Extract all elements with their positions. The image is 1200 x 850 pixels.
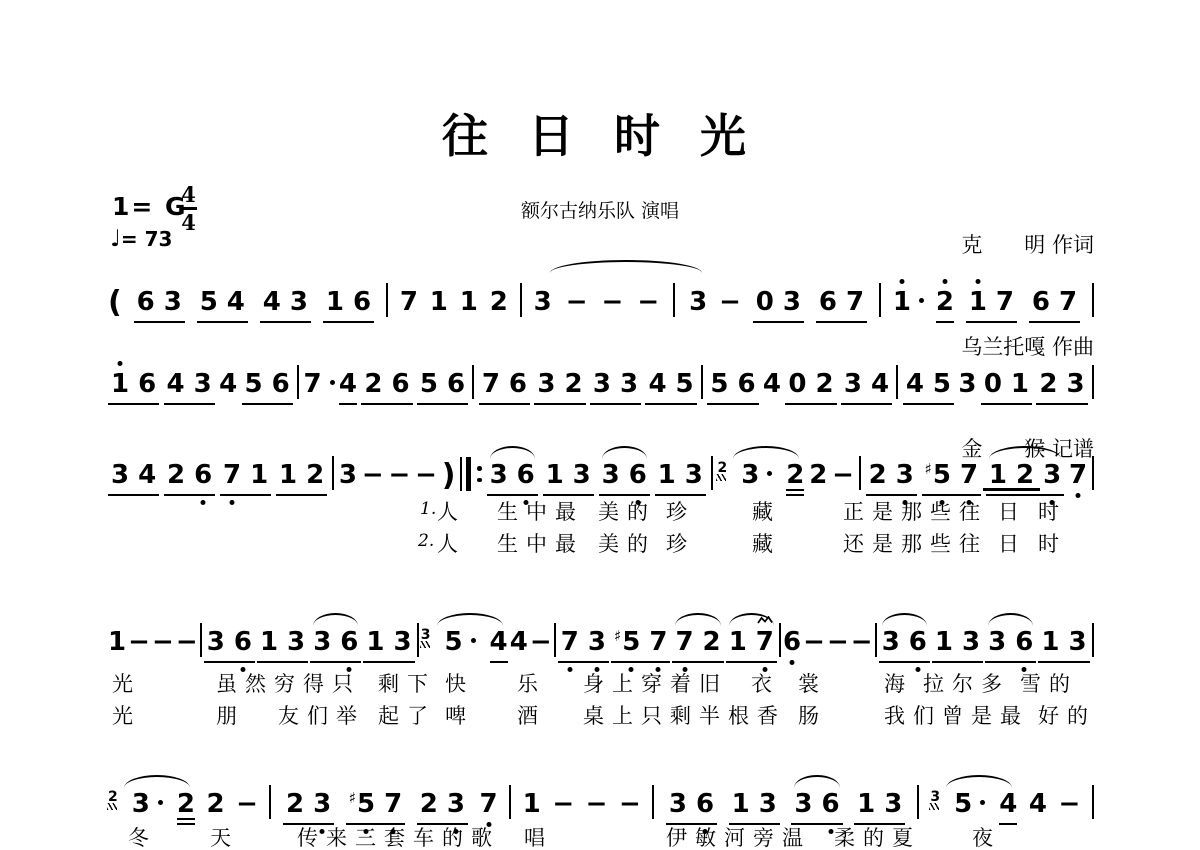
note: 6: [629, 462, 647, 488]
note: 3: [537, 371, 555, 397]
note: 6: [391, 371, 409, 397]
note: 2: [809, 462, 827, 488]
note: 4: [510, 629, 528, 655]
note: 3: [759, 791, 777, 817]
note-digit: 5: [420, 371, 438, 397]
note-digit: 2: [490, 289, 508, 315]
tempo-marking: ♩= 73: [110, 226, 172, 252]
lyric-segment: 还是那些往: [843, 528, 988, 558]
slur-icon: [882, 613, 927, 626]
note: 3: [602, 462, 620, 488]
note: 3: [882, 629, 900, 655]
note: 1: [857, 791, 875, 817]
beam-group: ♯57: [611, 629, 670, 663]
note: 3: [287, 629, 305, 655]
lyric-segment: 生中最: [497, 496, 584, 526]
note-digit: 4: [906, 371, 924, 397]
note: 1: [260, 629, 278, 655]
sharp-icon: ♯: [614, 629, 621, 644]
note-digit: 1: [279, 462, 297, 488]
note-digit: 3: [896, 462, 914, 488]
slur-icon: [124, 775, 190, 788]
note-digit: 7: [649, 629, 667, 655]
beam-group: 36: [204, 629, 255, 663]
note: 4: [339, 371, 357, 405]
octave-dot-high: [118, 361, 123, 366]
barline: [554, 623, 556, 657]
note-digit: 1: [935, 629, 953, 655]
duration-dash: −: [566, 289, 588, 315]
lyric-segment: 剩下: [378, 668, 436, 698]
duration-dash: −: [128, 629, 150, 655]
note: 3: [194, 371, 212, 397]
duration-dash: −: [530, 629, 552, 655]
note: 2: [869, 462, 887, 488]
note: 3: [290, 289, 308, 315]
note-digit: 4: [219, 371, 237, 397]
lyric-segment: 我们曾是最: [884, 700, 1029, 730]
beam-group: 36: [879, 629, 930, 663]
augmentation-dot: [767, 471, 772, 476]
note: 7: [223, 462, 241, 488]
barline: [917, 785, 919, 819]
duration-dash: −: [851, 629, 873, 655]
note: 1: [111, 371, 129, 397]
note-digit: 4: [263, 289, 281, 315]
octave-dot-high: [975, 279, 980, 284]
augmentation-dot: [330, 380, 335, 385]
beam-group: 71: [220, 462, 271, 496]
note-digit: 7: [223, 462, 241, 488]
note: 4: [763, 371, 781, 397]
lyric-segment: 美的: [598, 496, 656, 526]
note-digit: 7: [1069, 462, 1087, 488]
note: 4: [167, 371, 185, 397]
note: 2: [1016, 462, 1034, 488]
note: 2: [786, 462, 804, 496]
barline: [520, 283, 522, 317]
notation-line: 342671123−−−)361336132322−23♯571237: [108, 448, 1094, 496]
beam-group: 01: [981, 371, 1032, 405]
note: 5: [933, 371, 951, 397]
lyric-segment: 啤: [445, 700, 474, 730]
note: 7: [649, 629, 667, 655]
duration-dash: −: [602, 289, 624, 315]
note-digit: 4: [763, 371, 781, 397]
barline: [332, 456, 334, 490]
note-digit: 3: [620, 371, 638, 397]
beam-group: 23: [417, 791, 468, 825]
note: 3: [896, 462, 914, 488]
beam-group: 36: [310, 629, 361, 663]
note-digit: 1: [658, 462, 676, 488]
lyric-segment: 传来三套车的歌: [297, 822, 500, 850]
beam-group: 43: [260, 289, 311, 323]
slur-icon: [313, 613, 358, 626]
lyric-segment: 乐: [517, 668, 546, 698]
beam-group: 45: [903, 371, 954, 405]
note: 6: [696, 791, 714, 817]
beam-group: 56: [417, 371, 468, 405]
note-digit: 4: [339, 371, 357, 397]
lyric-segment: 桌上只剩半根香: [583, 700, 786, 730]
note-digit: 5: [676, 371, 694, 397]
duration-dash: −: [415, 462, 437, 488]
barline: [297, 365, 299, 399]
barline: [1092, 785, 1094, 819]
note-digit: 3: [339, 462, 357, 488]
barline: [386, 283, 388, 317]
beam-group: 13: [363, 629, 414, 663]
note: 3: [1068, 629, 1086, 655]
duration-dash: −: [637, 289, 659, 315]
note-digit: 3: [783, 289, 801, 315]
duration-dash: −: [176, 629, 198, 655]
duration-dash: −: [552, 791, 574, 817]
note: 6: [137, 289, 155, 315]
slur-group: 3−−−3: [534, 276, 708, 315]
slur-group: 354: [421, 629, 508, 663]
note-digit: 3: [313, 791, 331, 817]
duration-dash: −: [619, 791, 641, 817]
note-digit: 7: [400, 289, 418, 315]
lyric-segment: 人: [437, 528, 466, 558]
note-digit: 3: [534, 289, 552, 315]
note: 2: [306, 462, 324, 488]
parenthesis: ): [442, 461, 456, 491]
barline: [859, 456, 861, 490]
note: 1: [430, 289, 448, 315]
note-digit: 3: [759, 791, 777, 817]
slur-icon: [989, 446, 1061, 459]
note: 0: [788, 371, 806, 397]
note: 5: [420, 371, 438, 397]
note-digit: 6: [340, 629, 358, 655]
note-digit: 3: [844, 371, 862, 397]
note: 4: [490, 629, 508, 663]
note: 3: [669, 791, 687, 817]
note: 7: [482, 371, 500, 397]
notation-line: 2322−23♯572371−−−361336133544−: [108, 778, 1094, 825]
note-digit: 7: [996, 289, 1014, 315]
barline: [673, 283, 675, 317]
beam-group: 36: [791, 791, 842, 825]
note-digit: 2: [420, 791, 438, 817]
lyrics-row: 1.人生中最美的珍藏正是那些往日时: [0, 496, 1200, 524]
slur-icon: [602, 446, 647, 459]
note-digit: 7: [303, 371, 321, 397]
grace-note: 2: [717, 461, 727, 475]
note: 5: [200, 289, 218, 315]
lyric-segment: 时: [1038, 496, 1067, 526]
note-digit: 7: [561, 629, 579, 655]
lyrics-row: 冬天传来三套车的歌唱伊敏河旁温柔的夏夜: [0, 822, 1200, 850]
note: 4: [227, 289, 245, 315]
note-digit: 6: [509, 371, 527, 397]
note: 4: [999, 791, 1017, 825]
notation-line: 1−−−361336133544−73♯5772176−−−36133613: [108, 616, 1094, 663]
beam-group: 67: [1029, 289, 1080, 323]
note-digit: 2: [1039, 371, 1057, 397]
augmentation-dot: [919, 298, 924, 303]
note: 5: [710, 371, 728, 397]
note-digit: 3: [490, 462, 508, 488]
note-digit: 6: [447, 371, 465, 397]
note-digit: 2: [786, 462, 804, 488]
lyric-segment: 夜: [972, 822, 1001, 850]
note: 0: [984, 371, 1002, 397]
lyric-segment: 酒: [517, 700, 546, 730]
sharp-icon: ♯: [925, 462, 932, 477]
note-digit: 3: [1043, 462, 1061, 488]
note: 1: [893, 289, 924, 315]
note: 5: [954, 791, 985, 817]
note-digit: 3: [602, 462, 620, 488]
barline: [875, 623, 877, 657]
note-digit: 1: [546, 462, 564, 488]
beam-group: 26: [164, 462, 215, 496]
lyric-segment: 朋: [216, 700, 245, 730]
lyric-segment: 光: [112, 668, 141, 698]
note-digit: 5: [245, 371, 263, 397]
beam-group: 56: [707, 371, 758, 405]
note: 7: [675, 629, 693, 655]
slur-group: 232: [108, 791, 195, 825]
note-digit: 4: [510, 629, 528, 655]
slur-icon: [794, 775, 839, 788]
note: 4: [648, 371, 666, 397]
note: 4: [871, 371, 889, 397]
note: 3: [111, 462, 129, 488]
note: 2: [815, 371, 833, 397]
note-digit: 6: [909, 629, 927, 655]
note-digit: 4: [490, 629, 508, 655]
beam-group: 26: [361, 371, 412, 405]
note-digit: 5: [933, 462, 951, 488]
beam-group: 36: [599, 462, 650, 496]
note-digit: 2: [809, 462, 827, 488]
note: 7: [561, 629, 579, 655]
note: 3: [685, 462, 703, 488]
note: 1: [935, 629, 953, 655]
beam-group: 56: [242, 371, 293, 405]
note-digit: 6: [353, 289, 371, 315]
lyric-segment: 1.: [420, 499, 436, 519]
note-digit: 4: [871, 371, 889, 397]
note-digit: 6: [391, 371, 409, 397]
note: 3: [490, 462, 508, 488]
note-digit: 3: [573, 462, 591, 488]
parenthesis: (: [108, 288, 122, 318]
note: 2: [206, 791, 224, 817]
lyric-segment: 伊敏河旁温: [666, 822, 811, 850]
duration-dash: −: [152, 629, 174, 655]
duration-dash: −: [236, 791, 258, 817]
note: 3: [339, 462, 357, 488]
lyric-segment: 人: [437, 496, 466, 526]
note: 5: [676, 371, 694, 397]
beam-group: 16: [108, 371, 159, 405]
note: 2: [167, 462, 185, 488]
mordent-icon: [757, 616, 773, 624]
slur-icon: [490, 446, 535, 459]
note: 7: [384, 791, 402, 817]
barline: [879, 283, 881, 317]
note-digit: 3: [1066, 371, 1084, 397]
lyric-segment: 好的: [1038, 700, 1096, 730]
beam-group: 12: [276, 462, 327, 496]
note: 7: [960, 462, 978, 488]
sheet-music-page: 往 日 时 光 额尔古纳乐队 演唱 克 明 作词 乌兰托嘎 作曲 金 猴 记谱 …: [0, 0, 1200, 850]
barline: [417, 623, 419, 657]
note-digit: 1: [108, 629, 126, 655]
note-digit: 5: [954, 791, 972, 817]
beam-group: 34: [841, 371, 892, 405]
beam-group: 123: [986, 462, 1064, 496]
note-digit: 6: [1032, 289, 1050, 315]
note: 3: [620, 371, 638, 397]
lyric-segment: 日: [998, 496, 1027, 526]
duration-dash: −: [719, 289, 741, 315]
beam-group: 32: [534, 371, 585, 405]
note: 3: [958, 371, 976, 397]
note-digit: 6: [783, 629, 801, 655]
note: 1: [729, 629, 747, 655]
lyric-segment: 海: [884, 668, 913, 698]
note: ♯5: [925, 462, 951, 488]
note: 2: [1039, 371, 1057, 397]
note-digit: 1: [729, 629, 747, 655]
grace-note: 3: [930, 790, 940, 804]
lyric-segment: 冬: [128, 822, 157, 850]
repeat-dots: [477, 466, 482, 482]
note-digit: 0: [984, 371, 1002, 397]
note: 7: [996, 289, 1014, 315]
barline: [779, 623, 781, 657]
beam-group: 16: [323, 289, 374, 323]
note: 4: [1029, 791, 1047, 817]
note: 4: [263, 289, 281, 315]
note-digit: 3: [882, 629, 900, 655]
lyric-segment: 正是那些往: [843, 496, 988, 526]
lyric-segment: 雪的: [1020, 668, 1078, 698]
duration-dash: −: [832, 462, 854, 488]
note-digit: 6: [137, 289, 155, 315]
beam-group: 45: [645, 371, 696, 405]
note: 7: [303, 371, 334, 397]
lyric-segment: 美的: [598, 528, 656, 558]
augmentation-dot: [471, 638, 476, 643]
note: 1: [250, 462, 268, 488]
duration-dash: −: [388, 462, 410, 488]
notation-line: (6354431671123−−−3−0367121767: [108, 276, 1094, 323]
note-digit: 1: [111, 371, 129, 397]
slur-group: 354: [930, 791, 1017, 825]
key-signature: 1= G: [112, 192, 188, 221]
note-digit: 6: [819, 289, 837, 315]
note: 7: [479, 791, 497, 817]
beam-group: 13: [854, 791, 905, 825]
duration-dash: −: [803, 629, 825, 655]
note: 1: [546, 462, 564, 488]
note-digit: 5: [933, 371, 951, 397]
note: 3: [313, 791, 331, 817]
note-digit: 2: [815, 371, 833, 397]
note: 2: [490, 289, 508, 315]
lyric-segment: 虽然穷得只: [216, 668, 361, 698]
lyric-segment: 身上穿着旧: [583, 668, 728, 698]
beam-group: 13: [257, 629, 308, 663]
note-digit: 6: [737, 371, 755, 397]
beam-group: 23: [866, 462, 917, 496]
note-digit: 3: [194, 371, 212, 397]
note-digit: 3: [1068, 629, 1086, 655]
note: 7: [846, 289, 864, 315]
note-digit: 3: [685, 462, 703, 488]
duration-dash: −: [827, 629, 849, 655]
slur-icon: [988, 613, 1033, 626]
note-digit: 2: [564, 371, 582, 397]
note: 1: [989, 462, 1007, 488]
repeat-thick-bar: [466, 457, 471, 491]
sharp-icon: ♯: [349, 791, 356, 806]
lyric-segment: 时: [1038, 528, 1067, 558]
lyric-segment: 光: [112, 700, 141, 730]
note-digit: 3: [537, 371, 555, 397]
lyric-segment: 衣: [751, 668, 780, 698]
note: 2: [936, 289, 954, 323]
note-digit: 1: [430, 289, 448, 315]
note-digit: 7: [479, 791, 497, 817]
slur-icon: [437, 613, 503, 626]
note-digit: 3: [287, 629, 305, 655]
barline: [1092, 283, 1094, 317]
note: 1: [732, 791, 750, 817]
lyric-segment: 藏: [752, 496, 781, 526]
time-signature-numerator: 4: [181, 184, 196, 205]
note-digit: 3: [689, 289, 707, 315]
duration-dash: −: [1059, 791, 1081, 817]
note-digit: 3: [447, 791, 465, 817]
note-digit: 3: [207, 629, 225, 655]
barline: [1092, 365, 1094, 399]
note-digit: 5: [444, 629, 462, 655]
duration-dash: −: [362, 462, 384, 488]
beam-group: 67: [816, 289, 867, 323]
note: 3: [962, 629, 980, 655]
note-digit: 1: [250, 462, 268, 488]
octave-dot-high: [942, 279, 947, 284]
note: 6: [272, 371, 290, 397]
note: 6: [194, 462, 212, 488]
note: 3: [794, 791, 812, 817]
note: 3: [884, 791, 902, 817]
note-digit: 5: [622, 629, 640, 655]
lyric-segment: 珍: [666, 528, 695, 558]
note: 1: [1041, 629, 1059, 655]
lyrics-row: 光虽然穷得只剩下快乐身上穿着旧衣裳海拉尔多雪的: [0, 668, 1200, 696]
note-digit: 6: [1015, 629, 1033, 655]
notation-line: 16434567426567632334556402344530123: [108, 358, 1094, 405]
note: 2: [703, 629, 721, 655]
mordent-glyph: [757, 616, 773, 624]
note: 3: [988, 629, 1006, 655]
repeat-start-icon: [460, 456, 482, 492]
grace-note: 3: [421, 628, 431, 642]
beam-group: 17: [726, 629, 777, 663]
lyric-segment: 拉尔多: [923, 668, 1010, 698]
note: 2: [364, 371, 382, 397]
